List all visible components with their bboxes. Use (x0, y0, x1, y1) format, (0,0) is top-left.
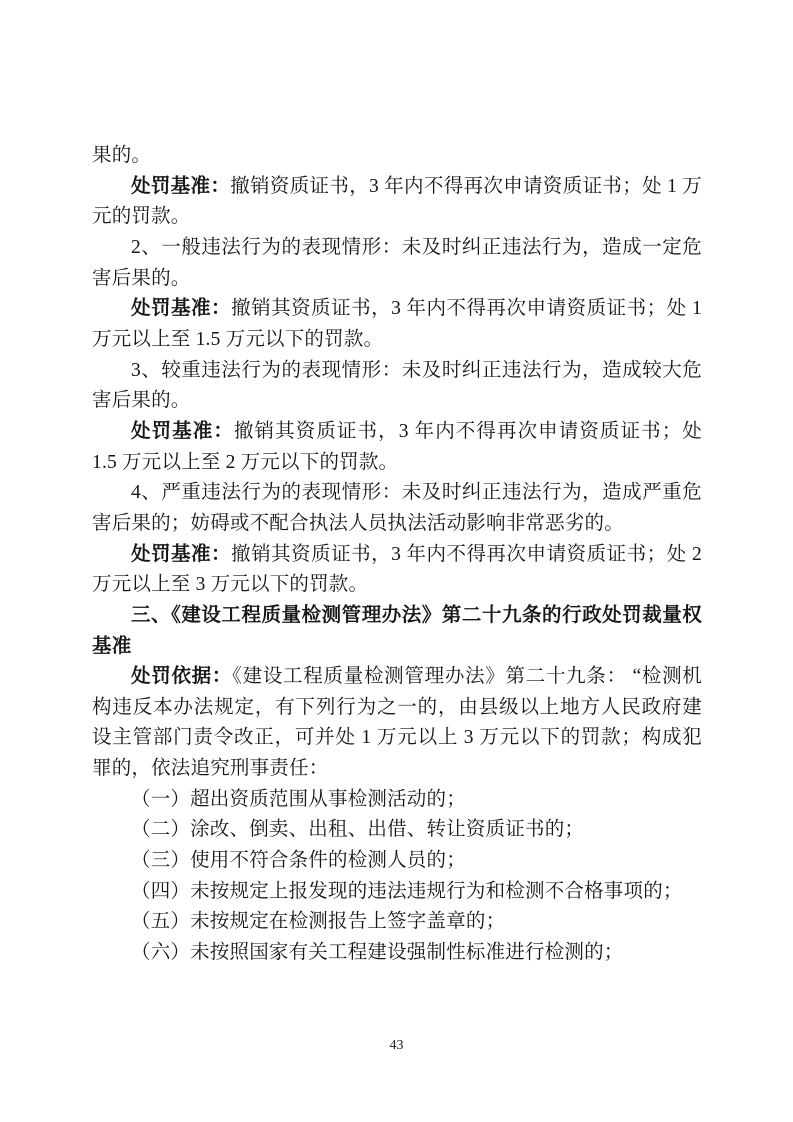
paragraph: 处罚基准：撤销其资质证书，3 年内不得再次申请资质证书；处 1 万元以上至 1.… (92, 294, 702, 355)
text-run: 果的。 (92, 145, 151, 166)
text-run: 2、一般违法行为的表现情形：未及时纠正违法行为，造成一定危害后果的。 (92, 237, 702, 289)
paragraph: （四）未按规定上报发现的违法违规行为和检测不合格事项的； (92, 877, 702, 908)
paragraph: 2、一般违法行为的表现情形：未及时纠正违法行为，造成一定危害后果的。 (92, 233, 702, 294)
paragraph: （五）未按规定在检测报告上签字盖章的； (92, 907, 702, 938)
paragraph: 处罚基准：撤销其资质证书，3 年内不得再次申请资质证书；处 1.5 万元以上至 … (92, 417, 702, 478)
paragraph: 3、较重违法行为的表现情形：未及时纠正违法行为，造成较大危害后果的。 (92, 356, 702, 417)
document-page: 果的。处罚基准：撤销资质证书，3 年内不得再次申请资质证书；处 1 万元的罚款。… (0, 0, 793, 1122)
text-run: （六）未按照国家有关工程建设强制性标准进行检测的； (131, 942, 624, 963)
paragraph: 处罚依据：《建设工程质量检测管理办法》第二十九条： “检测机构违反本办法规定，有… (92, 662, 702, 785)
bold-text-run: 三、《建设工程质量检测管理办法》第二十九条的行政处罚裁量权基准 (92, 605, 702, 657)
paragraph: （一）超出资质范围从事检测活动的； (92, 785, 702, 816)
text-run: 4、严重违法行为的表现情形：未及时纠正违法行为，造成严重危害后果的；妨碍或不配合… (92, 482, 702, 534)
paragraph: 果的。 (92, 141, 702, 172)
text-run: 3、较重违法行为的表现情形：未及时纠正违法行为，造成较大危害后果的。 (92, 360, 702, 412)
bold-text-run: 处罚依据： (131, 666, 232, 687)
paragraph: （二）涂改、倒卖、出租、出借、转让资质证书的； (92, 815, 702, 846)
paragraph: （六）未按照国家有关工程建设强制性标准进行检测的； (92, 938, 702, 969)
text-run: （二）涂改、倒卖、出租、出借、转让资质证书的； (131, 819, 584, 840)
bold-text-run: 处罚基准： (131, 544, 231, 565)
paragraph-container: 果的。处罚基准：撤销资质证书，3 年内不得再次申请资质证书；处 1 万元的罚款。… (92, 141, 702, 969)
paragraph: 处罚基准：撤销资质证书，3 年内不得再次申请资质证书；处 1 万元的罚款。 (92, 172, 702, 233)
text-run: （五）未按规定在检测报告上签字盖章的； (131, 911, 505, 932)
paragraph: 处罚基准：撤销其资质证书，3 年内不得再次申请资质证书；处 2 万元以上至 3 … (92, 540, 702, 601)
paragraph: 4、严重违法行为的表现情形：未及时纠正违法行为，造成严重危害后果的；妨碍或不配合… (92, 478, 702, 539)
document-body: 果的。处罚基准：撤销资质证书，3 年内不得再次申请资质证书；处 1 万元的罚款。… (92, 141, 702, 969)
bold-text-run: 处罚基准： (131, 421, 234, 442)
bold-text-run: 处罚基准： (131, 298, 231, 319)
page-footer: 43 (0, 1036, 793, 1054)
section-heading: 三、《建设工程质量检测管理办法》第二十九条的行政处罚裁量权基准 (92, 601, 702, 662)
bold-text-run: 处罚基准： (131, 176, 230, 197)
text-run: （四）未按规定上报发现的违法违规行为和检测不合格事项的； (131, 881, 683, 902)
text-run: （一）超出资质范围从事检测活动的； (131, 789, 466, 810)
text-run: （三）使用不符合条件的检测人员的； (131, 850, 466, 871)
page-number: 43 (390, 1038, 404, 1053)
paragraph: （三）使用不符合条件的检测人员的； (92, 846, 702, 877)
